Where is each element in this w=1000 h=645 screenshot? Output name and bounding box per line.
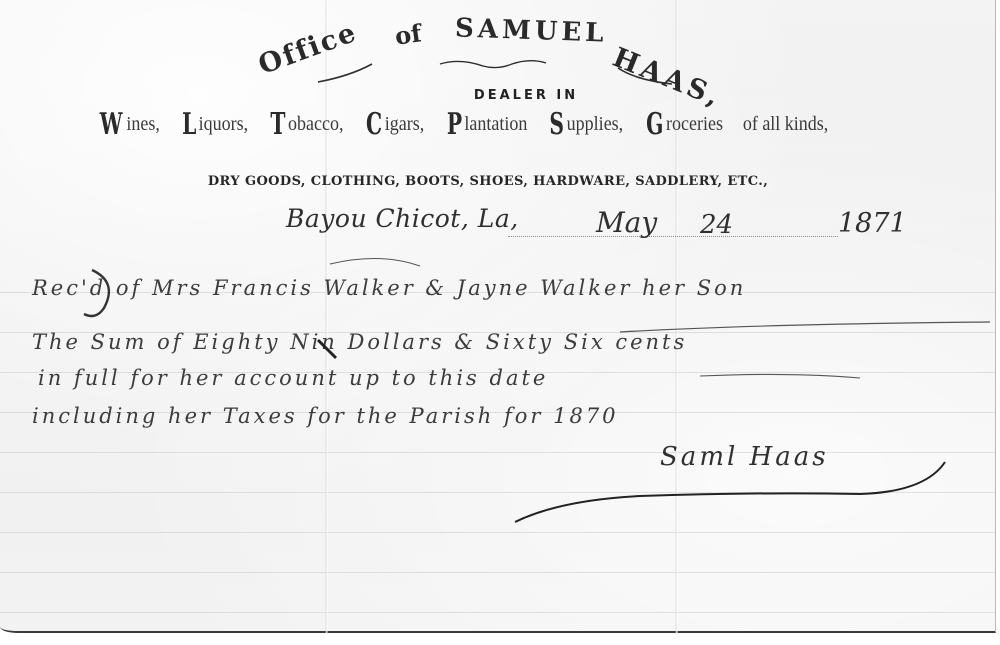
pen-flourish-icon (0, 0, 1000, 645)
